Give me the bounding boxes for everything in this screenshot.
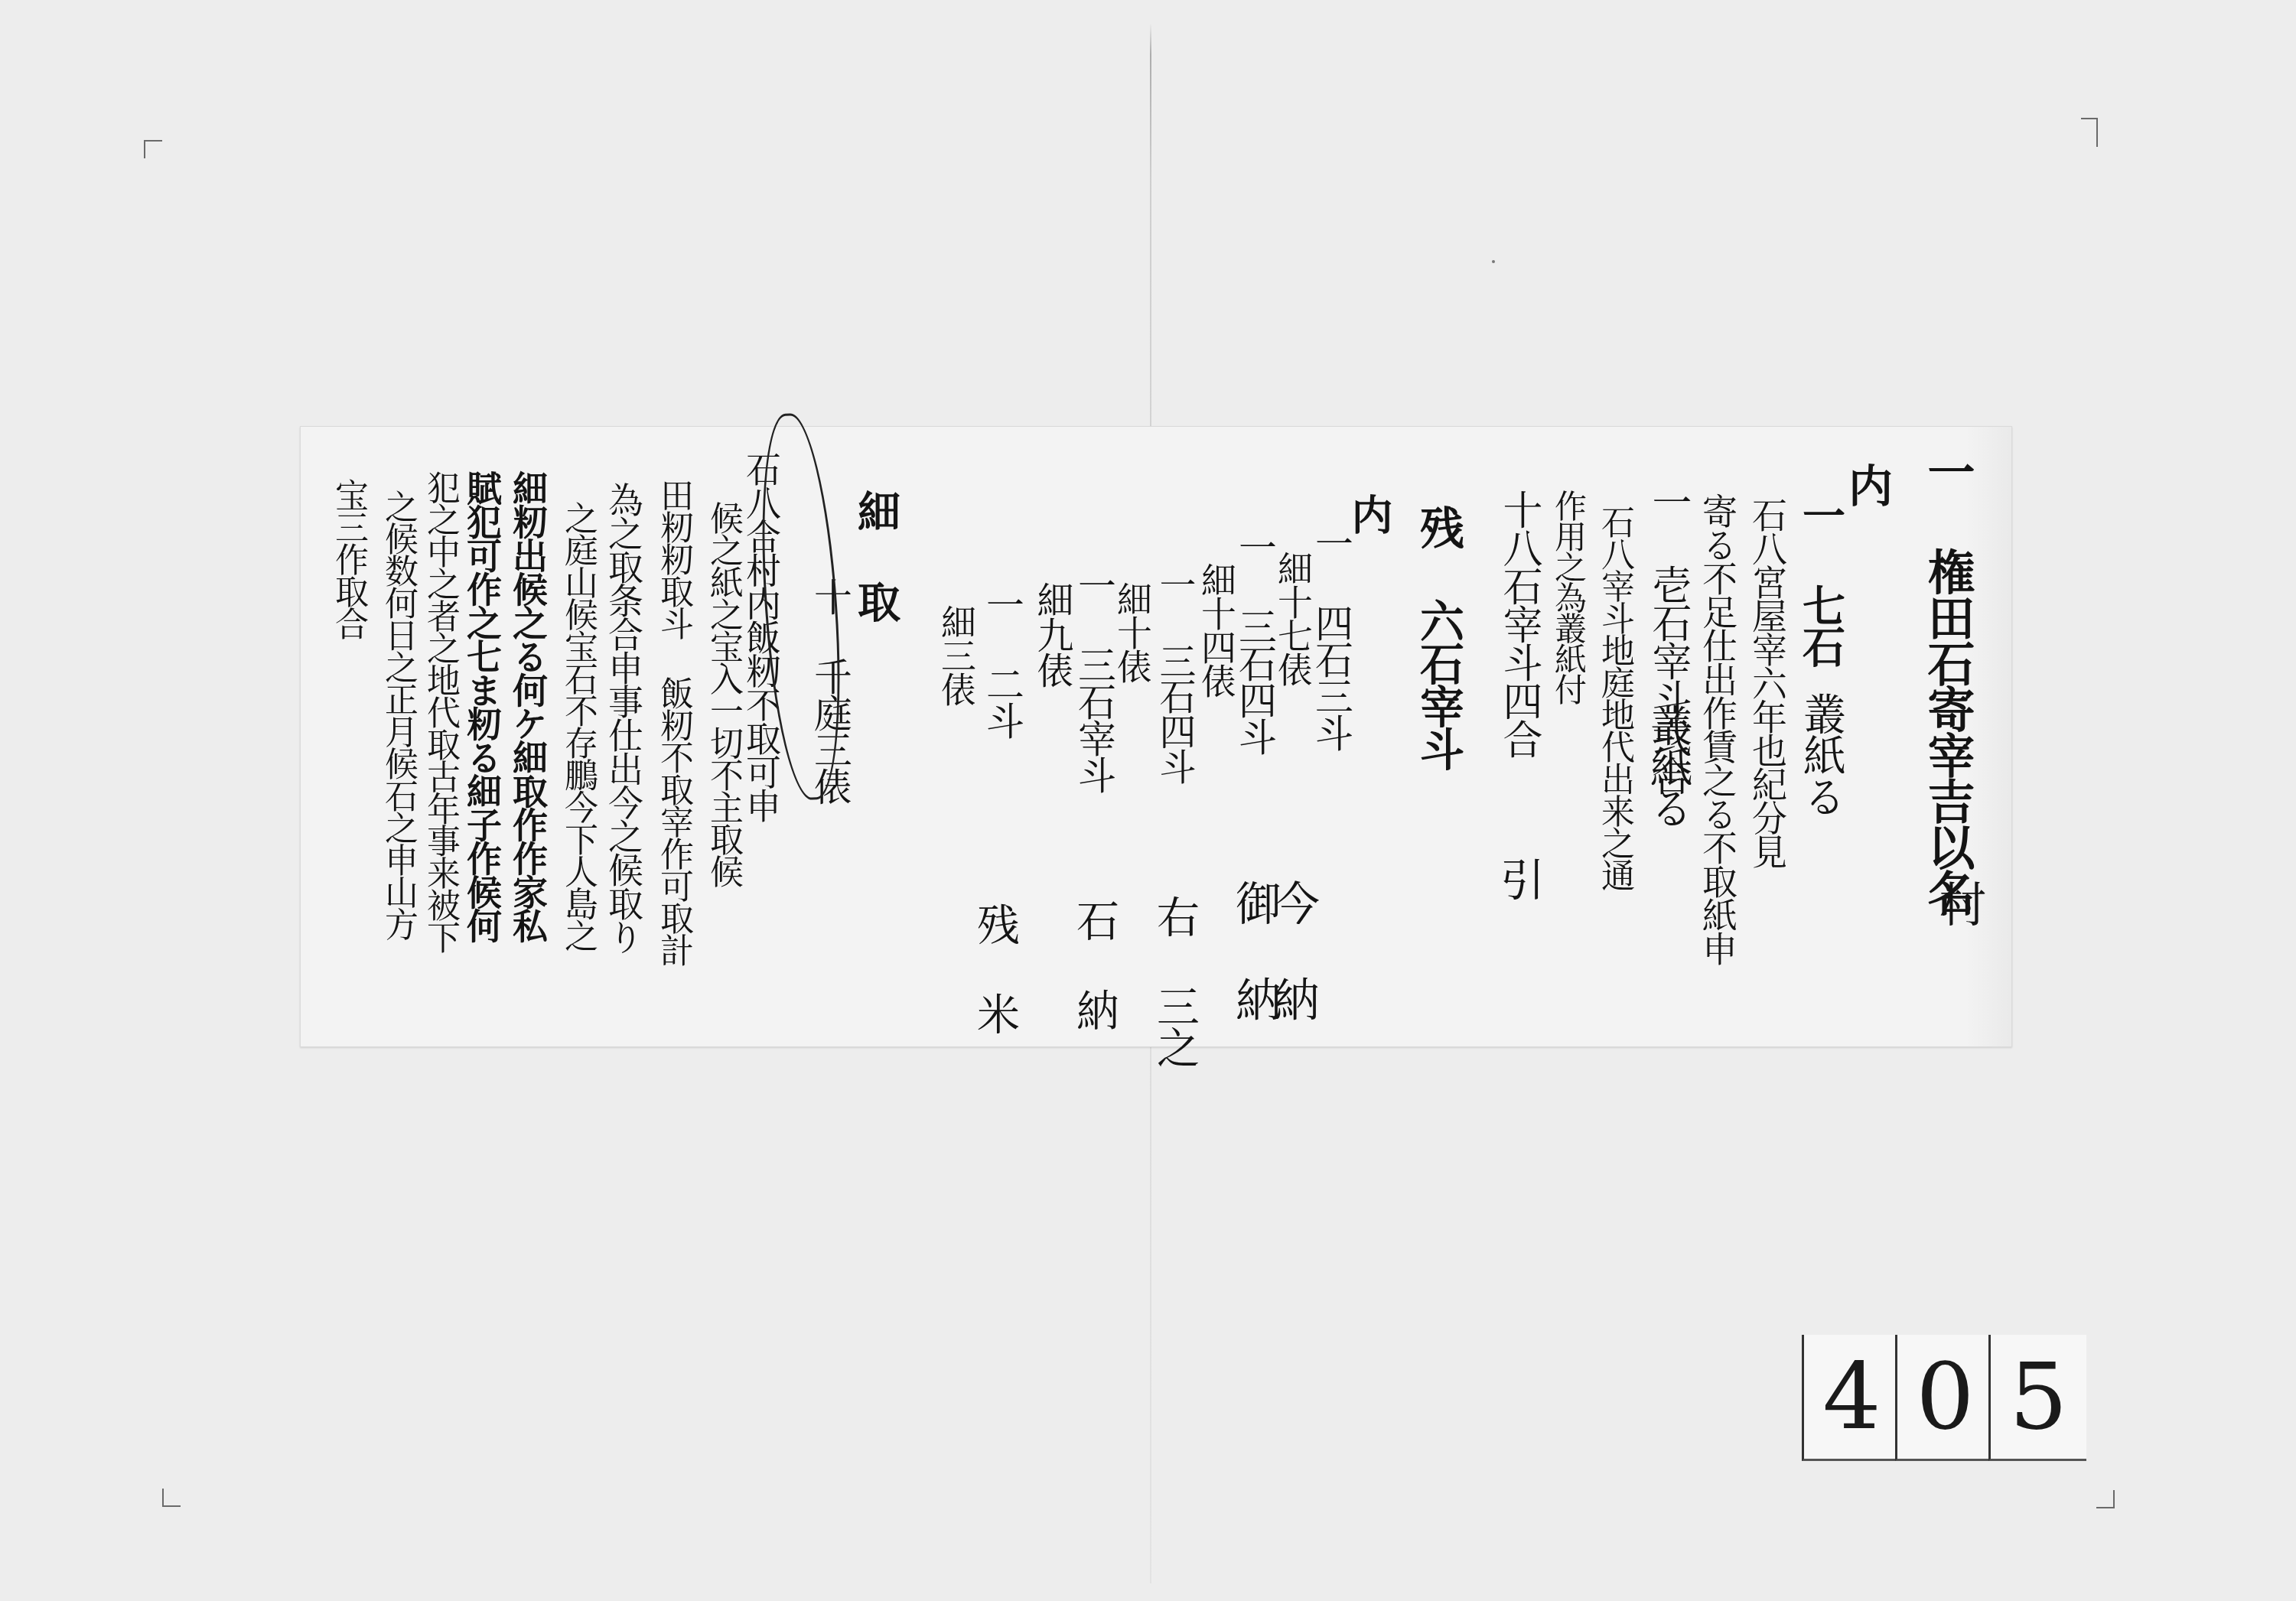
manuscript-column: 之庭山候宝石不存鵬今下人島之 bbox=[561, 501, 594, 951]
manuscript-column: 為之取条合申事仕出今之候取り bbox=[606, 482, 641, 953]
manuscript-column: 石八宰斗地庭地代出来之通 bbox=[1597, 505, 1631, 890]
manuscript-column: 細九俵 bbox=[1034, 581, 1070, 687]
manuscript-column: 田籾籾取斗 飯籾不取宰作可取計 bbox=[656, 478, 690, 965]
manuscript-column: 叢紙る bbox=[1646, 704, 1689, 828]
manuscript-column: 一 四石三斗 bbox=[1312, 524, 1350, 750]
manuscript-column: 村 bbox=[1935, 880, 1982, 926]
crop-mark-top-right bbox=[2081, 118, 2098, 147]
manuscript-column: 細 取 bbox=[855, 490, 897, 621]
manuscript-column: 細三俵 bbox=[939, 604, 974, 705]
crop-mark-bottom-right bbox=[2096, 1490, 2115, 1508]
manuscript-column: 石 納 bbox=[1073, 899, 1115, 1030]
manuscript-column: 叢紙る bbox=[1799, 692, 1842, 816]
page-number-digit: 4 bbox=[1802, 1335, 1900, 1461]
manuscript-column: 細十俵 bbox=[1115, 581, 1150, 682]
page-number-label: 4 0 5 bbox=[1802, 1335, 2086, 1461]
manuscript-column: 十八石宰斗四合 bbox=[1499, 490, 1539, 757]
manuscript-column: 細籾出候之る何ケ細取作作家私 bbox=[510, 470, 546, 942]
manuscript-column: 一 三石四斗 bbox=[1156, 566, 1193, 783]
dust-speck bbox=[1492, 260, 1495, 263]
manuscript-column: 一 七石 bbox=[1799, 493, 1842, 666]
manuscript-column: 候之紙之宝入一切不主取候 bbox=[706, 501, 740, 887]
manuscript-column: 細十七俵 bbox=[1275, 551, 1311, 685]
manuscript-column: 内 bbox=[1349, 493, 1390, 533]
page-number-digit: 0 bbox=[1895, 1335, 1993, 1461]
manuscript-column: 細十四俵 bbox=[1199, 562, 1234, 697]
manuscript-column: 犯之中之者之地代取古年事来被下 bbox=[423, 470, 457, 952]
page-number-digit: 5 bbox=[1988, 1335, 2086, 1461]
manuscript-column: 賦犯可作之七ま籾る細子作候何 bbox=[464, 470, 500, 942]
manuscript-column: 宝三作取合 bbox=[331, 478, 365, 639]
manuscript-column: 内 bbox=[1845, 463, 1889, 506]
manuscript-column: 一 権田石寄宰吉以名 bbox=[1923, 447, 1971, 915]
manuscript-column: 引 bbox=[1496, 857, 1541, 900]
crop-mark-top-left bbox=[144, 140, 162, 158]
manuscript-column: 右 三之 bbox=[1153, 895, 1196, 1067]
manuscript-column: 一 二斗 bbox=[983, 585, 1021, 738]
manuscript-column: 一 三石四斗 bbox=[1236, 528, 1274, 754]
manuscript-column: 之候数何日之正月候石之申山方 bbox=[381, 490, 415, 939]
manuscript-column: 作用之為叢紙付 bbox=[1552, 490, 1584, 704]
manuscript-column: 残 米 bbox=[973, 903, 1016, 1033]
manuscript-column: 御 納 bbox=[1232, 880, 1278, 1020]
manuscript-column: 残 六石宰斗 bbox=[1416, 505, 1461, 770]
crop-mark-bottom-left bbox=[162, 1489, 181, 1507]
manuscript-column: 一 三石宰斗 bbox=[1075, 566, 1113, 792]
manuscript-column: 寄る不足仕出作賃之る不取紙申 bbox=[1700, 493, 1735, 965]
manuscript-column: 石八宮屋宰六年也紀分見 bbox=[1750, 497, 1785, 867]
